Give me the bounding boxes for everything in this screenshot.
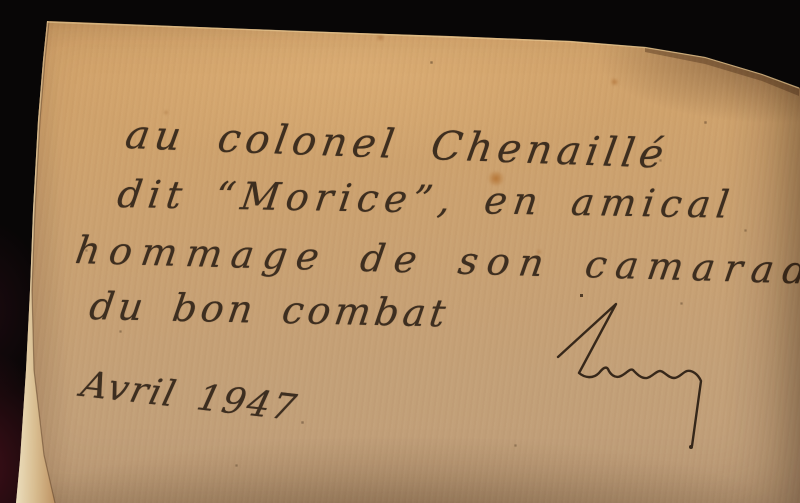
paper-specks: [0, 0, 1, 1]
book-dedication-photo: au colonel Chenaillé dit “Morice”, en am…: [0, 0, 800, 503]
inscription-line-4: du bon combat: [87, 284, 452, 335]
inscription-line-3: hommage de son camarade: [73, 228, 800, 293]
flyleaf-page: au colonel Chenaillé dit “Morice”, en am…: [0, 0, 800, 503]
inscription-line-2: dit “Morice”, en amical: [115, 172, 738, 227]
foxing-spot: [610, 78, 619, 86]
inscription-line-1: au colonel Chenaillé: [122, 112, 671, 178]
inscription-date: Avril 1947: [77, 364, 301, 429]
foxing-spot: [376, 34, 385, 41]
